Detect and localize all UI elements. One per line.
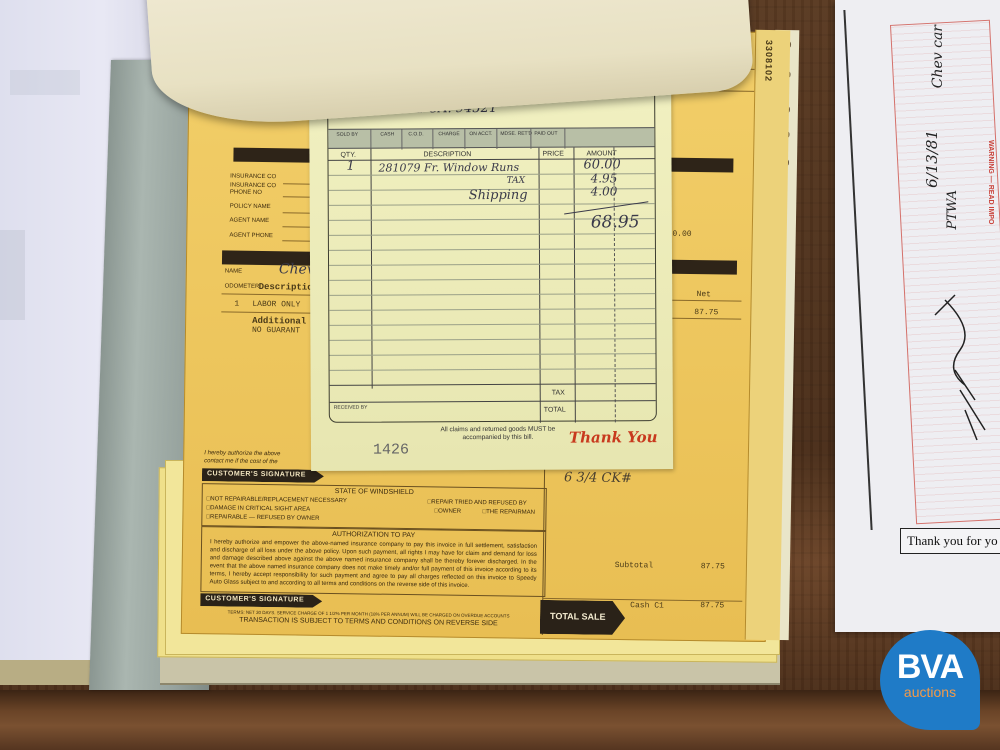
field-insurance-phone: Insurance Co Phone No (230, 183, 290, 198)
handwritten-note: 6 3/4 CK# (564, 470, 632, 486)
bva-sub: auctions (880, 684, 980, 700)
item-description: 281079 Fr. Window Runs (378, 161, 519, 175)
payment-method: Cash C1 (630, 601, 664, 610)
rule (329, 278, 655, 281)
customer-signature-banner-2: CUSTOMER'S SIGNATURE (200, 593, 322, 608)
divider (564, 129, 565, 149)
checkbox-repairman[interactable]: THE REPAIRMAN (482, 509, 535, 516)
divider (370, 130, 371, 150)
rule (329, 338, 655, 341)
authorize-text: I hereby authorize the above (204, 450, 280, 457)
line-net: 87.75 (694, 308, 718, 317)
divider (530, 129, 531, 149)
line-qty: 1 (234, 300, 239, 309)
note-no-guarantee: NO GUARANT (252, 326, 300, 336)
rule (330, 383, 656, 386)
checkbox-refused-by-owner[interactable]: REPAIRABLE — REFUSED BY OWNER (206, 514, 319, 522)
divider (464, 129, 465, 149)
total-sale-banner: TOTAL SALE (540, 600, 625, 635)
item-amount: 60.00 (583, 157, 620, 172)
claims-note: All claims and returned goods MUST be ac… (423, 426, 573, 443)
payment-type-row: Sold By Cash C.O.D. Charge On Acct. Mdse… (328, 127, 654, 149)
warning-text: WARNING — READ IMPO (987, 140, 994, 224)
field-agent-name: Agent Name (230, 218, 270, 225)
rule (329, 323, 655, 326)
field-agent-phone: Agent Phone (229, 233, 273, 240)
authorization-text: I hereby authorize and empower the above… (209, 538, 537, 591)
handwriting-date: 6/13/81 (923, 130, 941, 188)
page-border (843, 10, 872, 530)
cell-mdse-retd: Mdse. Ret'd (500, 131, 532, 137)
subtotal-value: 87.75 (701, 562, 725, 571)
handwriting-model: Chev car (930, 25, 946, 88)
cell-charge: Charge (438, 131, 459, 137)
checkbox-not-repairable[interactable]: NOT REPAIRABLE/REPLACEMENT NECESSARY (207, 496, 347, 504)
receipt-number: 1426 (373, 441, 409, 458)
signature-icon (915, 290, 995, 450)
windshield-section: STATE OF WINDSHIELD NOT REPAIRABLE/REPLA… (201, 483, 547, 531)
handwriting-initials: PTWA (945, 190, 960, 230)
rule (329, 308, 655, 311)
rule (329, 233, 655, 236)
handwritten-total: 68.95 (591, 212, 640, 232)
field-insurance-co: Insurance Co (230, 174, 276, 181)
zero-value: 0.00 (672, 230, 691, 239)
divider (401, 129, 402, 149)
thank-you-footer: Thank you for yo (900, 528, 1000, 554)
checkbox-repair-tried[interactable]: REPAIR TRIED AND REFUSED BY (428, 499, 527, 506)
bva-auctions-logo: BVA auctions (880, 630, 980, 730)
net-header: Net (696, 290, 711, 299)
page-smudge (0, 230, 25, 320)
rule (329, 293, 655, 296)
black-bar (662, 260, 737, 275)
rule (329, 263, 655, 266)
tax-amount: 4.95 (591, 171, 618, 185)
right-white-document: Chev car 6/13/81 PTWA WARNING — READ IMP… (835, 0, 1000, 632)
cell-paid-out: Paid Out (534, 131, 557, 137)
shipping-amount: 4.00 (591, 184, 618, 198)
authorization-section: AUTHORIZATION TO PAY I hereby authorize … (200, 526, 546, 597)
table-edge (0, 690, 1000, 750)
customer-signature-banner: CUSTOMER'S SIGNATURE (202, 468, 324, 483)
column-rule (370, 149, 372, 389)
line-description: LABOR ONLY (252, 300, 300, 310)
checkbox-critical-area[interactable]: DAMAGE IN CRITICAL SIGHT AREA (206, 505, 310, 512)
rule (330, 400, 656, 403)
column-description: DESCRIPTION (423, 151, 471, 158)
cell-cash: Cash (380, 132, 394, 138)
field-policy-name: Policy Name (230, 204, 271, 211)
shipping-handwritten: Shipping (469, 188, 528, 203)
received-by-label: RECEIVED BY (334, 405, 368, 411)
divider (432, 129, 433, 149)
column-price: PRICE (542, 151, 563, 158)
bva-brand: BVA (880, 650, 980, 684)
subtotal-label: Subtotal (615, 561, 654, 571)
authorize-text: contact me if the cost of the (204, 458, 277, 465)
odometer-label: Odometer (225, 283, 260, 289)
checkbox-owner[interactable]: OWNER (434, 508, 461, 514)
rule (330, 368, 656, 371)
signature-scribble (915, 290, 995, 450)
total-sale-value: 87.75 (700, 601, 724, 610)
tax-handwritten: TAX (507, 176, 525, 186)
total-label: TOTAL (544, 407, 566, 414)
cell-sold-by: Sold By (336, 132, 358, 138)
cell-cod: C.O.D. (408, 131, 423, 137)
stub-number: 3308102 (763, 40, 774, 82)
rule (330, 353, 656, 356)
thank-you-text: Thank You (569, 428, 658, 446)
rule (329, 203, 655, 206)
divider (496, 129, 497, 149)
tax-label: TAX (552, 390, 565, 397)
item-qty: 1 (346, 159, 354, 174)
rule (329, 248, 655, 251)
name-label: Name (225, 268, 242, 274)
page-smudge (10, 70, 80, 95)
cell-on-acct: On Acct. (469, 131, 492, 137)
